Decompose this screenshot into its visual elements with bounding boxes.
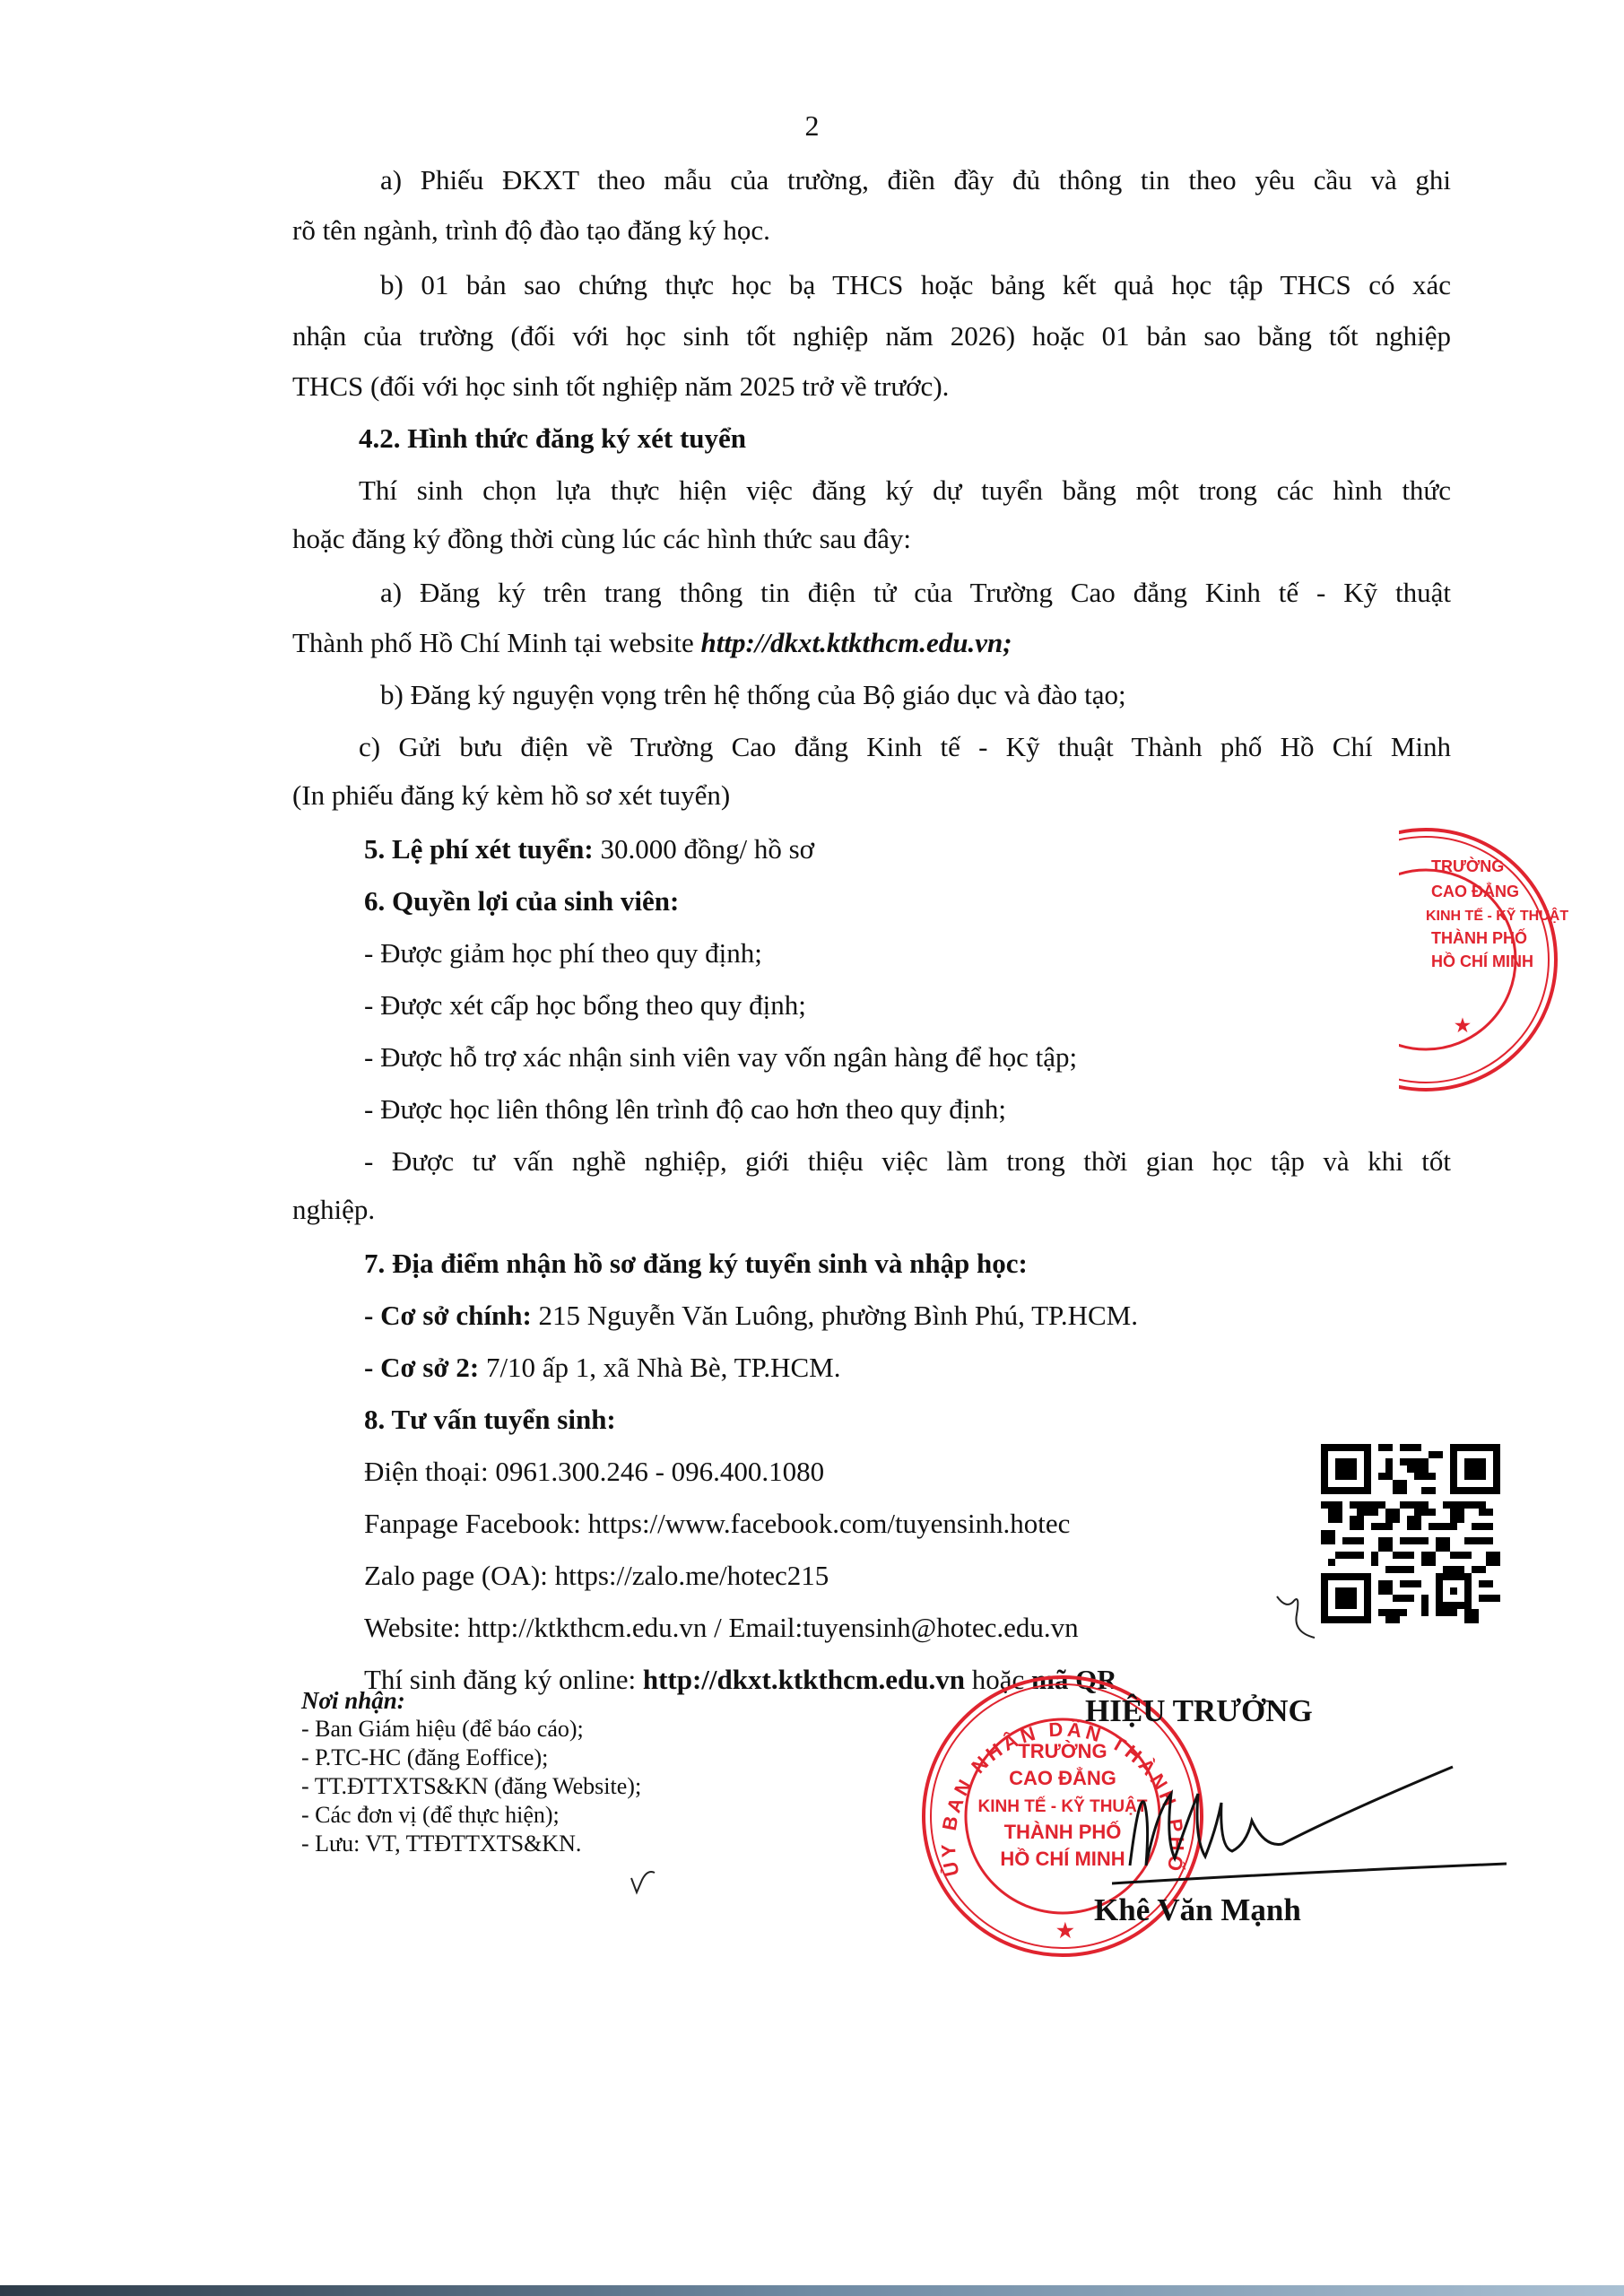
initial-mark-icon [628,1865,664,1901]
svg-text:★: ★ [1056,1919,1074,1942]
svg-text:THÀNH PHỐ: THÀNH PHỐ [1004,1820,1122,1843]
contact-website-email[interactable]: Website: http://ktkthcm.edu.vn / Email:t… [364,1602,1079,1654]
signer-name: Khê Văn Mạnh [1094,1892,1301,1928]
scan-edge [0,2285,1624,2296]
recipient-item: - TT.ĐTTXTS&KN (đăng Website); [301,1772,641,1801]
option-c-line1: c) Gửi bưu điện về Trường Cao đẳng Kinh … [359,721,1451,773]
recipients-block: Nơi nhận: - Ban Giám hiệu (để báo cáo); … [301,1686,641,1858]
main-campus-address: - Cơ sở chính: 215 Nguyễn Văn Luông, phư… [364,1290,1138,1342]
benefit-item: - Được học liên thông lên trình độ cao h… [364,1083,1006,1135]
dkxt-website-link[interactable]: http://dkxt.ktkthcm.edu.vn; [700,627,1012,658]
option-c-line2: (In phiếu đăng ký kèm hồ sơ xét tuyển) [292,770,730,822]
seam-stamp: TRƯỜNG CAO ĐẲNG KINH TẾ - KỸ THUẬT THÀNH… [1399,816,1624,1103]
check-mark-icon [1273,1578,1318,1650]
section-7-heading: 7. Địa điểm nhận hồ sơ đăng ký tuyển sin… [364,1238,1028,1290]
section-6-heading: 6. Quyền lợi của sinh viên: [364,875,679,927]
item-b-line3: THCS (đối với học sinh tốt nghiệp năm 20… [292,361,949,413]
section-4-2-heading: 4.2. Hình thức đăng ký xét tuyển [359,413,746,465]
page-number: 2 [0,109,1624,143]
svg-text:THÀNH PHỐ: THÀNH PHỐ [1431,928,1527,947]
svg-text:★: ★ [1455,1016,1471,1036]
svg-text:KINH TẾ - KỸ THUẬT: KINH TẾ - KỸ THUẬT [1426,906,1568,924]
svg-text:HỒ CHÍ MINH: HỒ CHÍ MINH [1000,1848,1125,1870]
recipient-item: - Ban Giám hiệu (để báo cáo); [301,1715,641,1744]
signer-role: HIỆU TRƯỞNG [1085,1693,1313,1729]
recipient-item: - Các đơn vị (để thực hiện); [301,1801,641,1830]
item-b-line2: nhận của trường (đối với học sinh tốt ng… [292,310,1451,362]
contact-phone: Điện thoại: 0961.300.246 - 096.400.1080 [364,1446,824,1498]
benefit-item-last-line2: nghiệp. [292,1184,375,1236]
option-a-line1: a) Đăng ký trên trang thông tin điện tử … [380,567,1451,619]
section-5-fee: 5. Lệ phí xét tuyển: 30.000 đồng/ hồ sơ [364,823,814,875]
item-b-line1: b) 01 bản sao chứng thực học bạ THCS hoặ… [380,259,1451,311]
recipients-title: Nơi nhận: [301,1686,641,1715]
recipient-item: - P.TC-HC (đăng Eoffice); [301,1744,641,1772]
section-4-2-intro-line1: Thí sinh chọn lựa thực hiện việc đăng ký… [359,465,1451,517]
benefit-item: - Được hỗ trợ xác nhận sinh viên vay vốn… [364,1031,1077,1083]
benefit-item: - Được xét cấp học bổng theo quy định; [364,979,806,1031]
contact-zalo[interactable]: Zalo page (OA): https://zalo.me/hotec215 [364,1550,829,1602]
item-a-line2: rõ tên ngành, trình độ đào tạo đăng ký h… [292,204,770,257]
section-4-2-intro-line2: hoặc đăng ký đồng thời cùng lúc các hình… [292,513,911,565]
campus-2-address: - Cơ sở 2: 7/10 ấp 1, xã Nhà Bè, TP.HCM. [364,1342,840,1394]
seam-stamp-text: TRƯỜNG [1431,857,1504,875]
benefit-item: - Được giảm học phí theo quy định; [364,927,762,979]
svg-text:CAO ĐẲNG: CAO ĐẲNG [1009,1767,1116,1789]
svg-text:CAO ĐẲNG: CAO ĐẲNG [1431,882,1519,900]
qr-code-icon[interactable] [1321,1444,1500,1623]
contact-facebook[interactable]: Fanpage Facebook: https://www.facebook.c… [364,1498,1070,1550]
svg-text:TRƯỜNG: TRƯỜNG [1018,1740,1107,1762]
option-b: b) Đăng ký nguyện vọng trên hệ thống của… [380,669,1126,721]
option-a-line2: Thành phố Hồ Chí Minh tại website http:/… [292,617,1012,669]
handwritten-signature [1112,1758,1507,1892]
benefit-item-last-line1: - Được tư vấn nghề nghiệp, giới thiệu vi… [364,1135,1451,1187]
section-8-heading: 8. Tư vấn tuyển sinh: [364,1394,616,1446]
svg-text:HỒ CHÍ MINH: HỒ CHÍ MINH [1431,952,1533,970]
recipient-item: - Lưu: VT, TTĐTTXTS&KN. [301,1830,641,1858]
item-a-line1: a) Phiếu ĐKXT theo mẫu của trường, điền … [380,154,1451,206]
